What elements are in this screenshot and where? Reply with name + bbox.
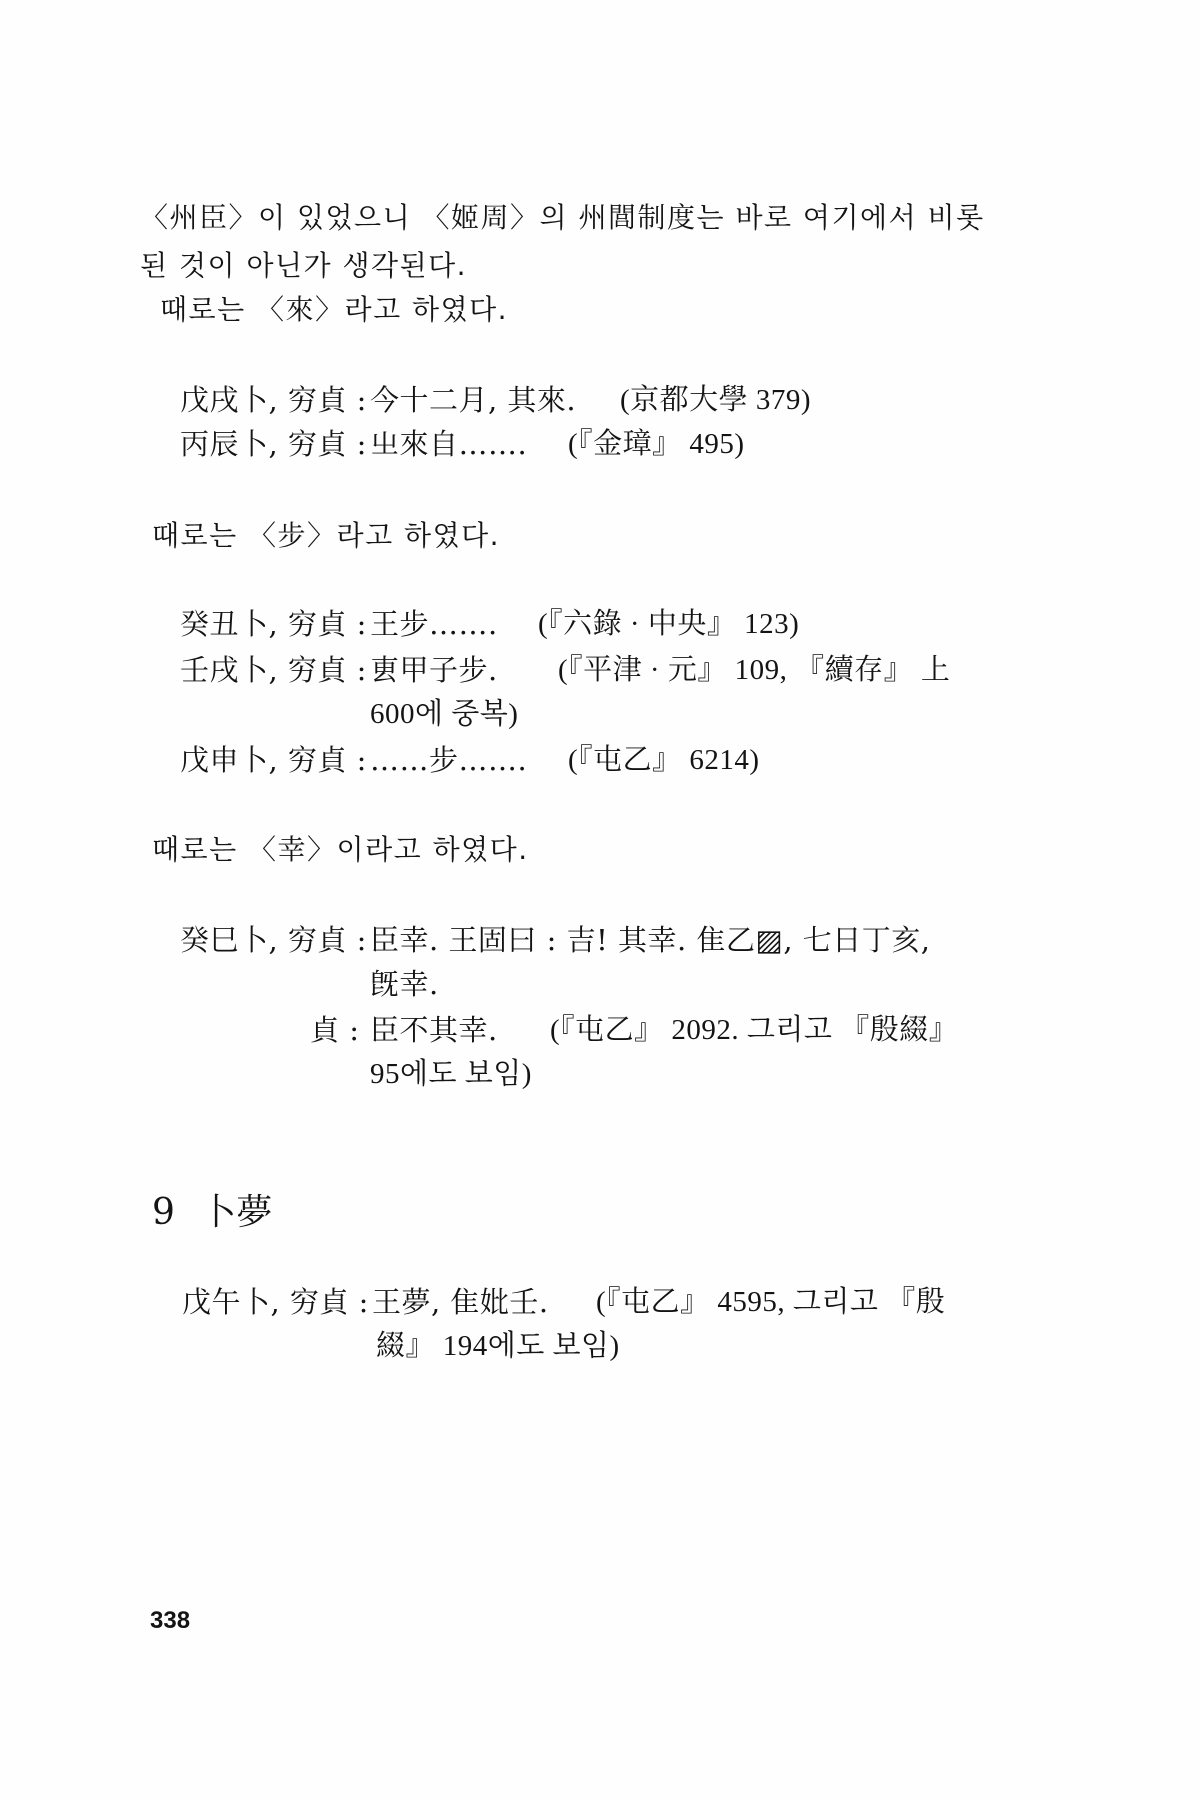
- chapter-heading: 9 卜夢: [152, 1190, 272, 1236]
- inscription-text: 㞢來自…….: [370, 424, 527, 464]
- inscription-text: 王步…….: [370, 604, 498, 644]
- chapter-title: 卜夢: [200, 1192, 272, 1233]
- citation: (『屯乙』 2092. 그리고 『殷綴』: [550, 1010, 958, 1050]
- citation: (『六錄 · 中央』 123): [538, 604, 799, 644]
- inscription-text-continuation: 旣幸.: [370, 964, 439, 1004]
- section-intro: 때로는 〈步〉라고 하였다.: [152, 516, 500, 556]
- citation-continuation: 95에도 보임): [370, 1054, 532, 1094]
- inscription-head: 戊申卜, 穷貞 :: [180, 740, 367, 780]
- inscription-text: ……步…….: [370, 740, 527, 780]
- section-intro: 때로는 〈來〉라고 하였다.: [160, 290, 508, 330]
- inscription-head: 貞 :: [310, 1010, 360, 1050]
- citation: (『屯乙』 4595, 그리고 『殷: [596, 1282, 945, 1322]
- citation: (『屯乙』 6214): [568, 740, 760, 780]
- citation: (『金璋』 495): [568, 424, 745, 464]
- inscription-text: 今十二月, 其來.: [370, 380, 576, 420]
- paragraph-line: 된 것이 아닌가 생각된다.: [140, 246, 467, 286]
- paragraph-line: 〈州臣〉이 있었으니 〈姬周〉의 州閭制度는 바로 여기에서 비롯: [140, 198, 985, 238]
- inscription-head: 癸巳卜, 穷貞 :: [180, 920, 367, 960]
- citation-continuation: 600에 중복): [370, 694, 518, 734]
- chapter-number: 9: [152, 1192, 175, 1233]
- inscription-text: 臣幸. 王固曰 : 吉! 其幸. 隹乙▨, 七日丁亥,: [370, 920, 931, 960]
- inscription-text: 臣不其幸.: [370, 1010, 498, 1050]
- inscription-head: 壬戌卜, 穷貞 :: [180, 650, 367, 690]
- inscription-head: 戊午卜, 穷貞 :: [182, 1282, 369, 1322]
- inscription-text: 王夢, 隹妣壬.: [372, 1282, 549, 1322]
- section-intro: 때로는 〈幸〉이라고 하였다.: [152, 830, 529, 870]
- inscription-head: 戊戌卜, 穷貞 :: [180, 380, 367, 420]
- inscription-text: 叀甲子步.: [370, 650, 498, 690]
- citation-continuation: 綴』 194에도 보임): [376, 1326, 620, 1366]
- inscription-head: 丙辰卜, 穷貞 :: [180, 424, 367, 464]
- inscription-head: 癸丑卜, 穷貞 :: [180, 604, 367, 644]
- book-page: 〈州臣〉이 있었으니 〈姬周〉의 州閭制度는 바로 여기에서 비롯 된 것이 아…: [0, 0, 1200, 1800]
- citation: (『平津 · 元』 109, 『續存』 上: [558, 650, 950, 690]
- page-number: 338: [150, 1606, 190, 1636]
- citation: (京都大學 379): [620, 380, 811, 420]
